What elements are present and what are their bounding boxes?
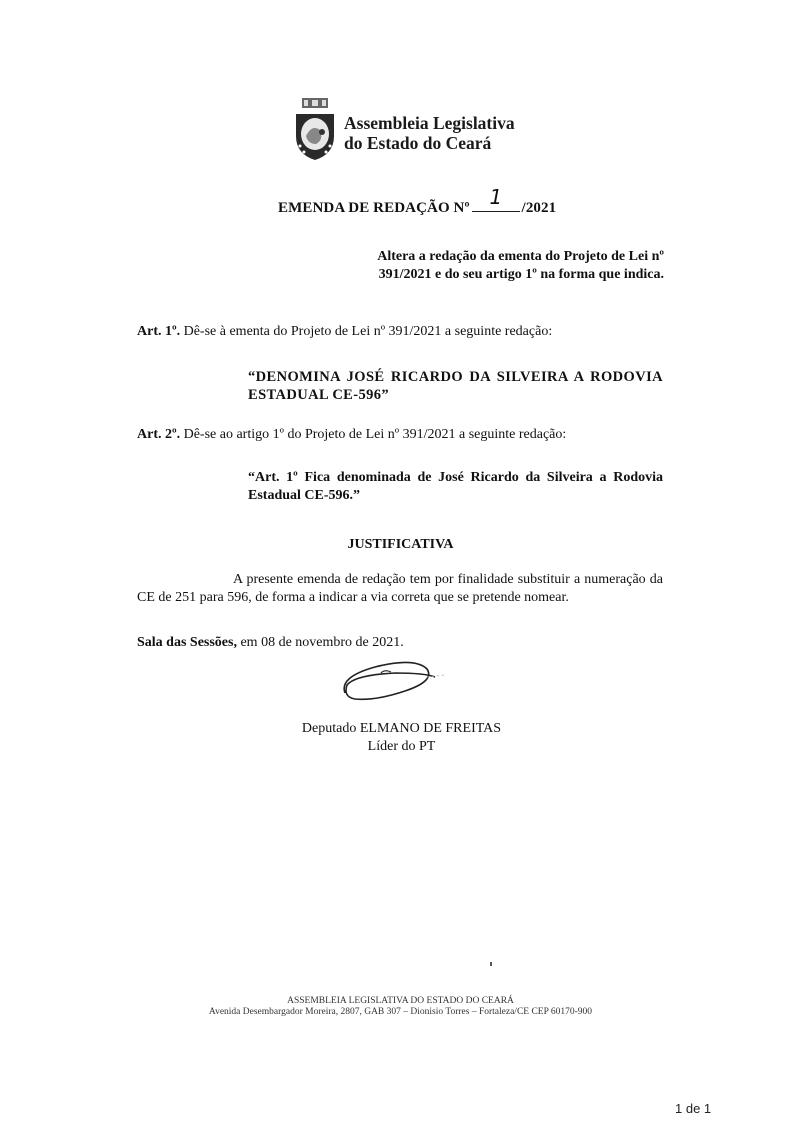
page-indicator: 1 de 1: [675, 1101, 711, 1116]
institution-name-line1: Assembleia Legislativa: [344, 113, 515, 133]
footer-institution: ASSEMBLEIA LEGISLATIVA DO ESTADO DO CEAR…: [8, 996, 793, 1007]
session-date: em 08 de novembro de 2021.: [237, 635, 404, 650]
justification-heading: JUSTIFICATIVA: [0, 537, 793, 553]
document-title: EMENDA DE REDAÇÃO Nº1/2021: [278, 197, 556, 217]
ementa-line1: Altera a redação da ementa do Projeto de…: [374, 248, 664, 266]
article-2-label: Art. 2º.: [137, 427, 180, 442]
title-prefix: EMENDA DE REDAÇÃO Nº: [278, 200, 470, 216]
signer-block: Deputado ELMANO DE FREITAS Líder do PT: [0, 720, 793, 756]
ementa-line2: 391/2021 e do seu artigo 1º na forma que…: [374, 266, 664, 284]
article-1-label: Art. 1º.: [137, 324, 180, 339]
handwritten-signature-icon: [335, 655, 455, 710]
article-2-text: Dê-se ao artigo 1º do Projeto de Lei nº …: [180, 427, 566, 442]
signer-name: Deputado ELMANO DE FREITAS: [10, 720, 793, 738]
amendment-number-handwritten: 1: [490, 185, 503, 209]
amendment-number-field: 1: [472, 197, 520, 212]
title-suffix: /2021: [522, 200, 557, 216]
signer-role: Líder do PT: [10, 738, 793, 756]
session-date-line: Sala das Sessões, em 08 de novembro de 2…: [137, 635, 404, 651]
justification-text: A presente emenda de redação tem por fin…: [137, 571, 663, 607]
article-2: Art. 2º. Dê-se ao artigo 1º do Projeto d…: [137, 426, 566, 444]
state-coat-of-arms-icon: [290, 96, 340, 164]
article-1: Art. 1º. Dê-se à ementa do Projeto de Le…: [137, 323, 552, 341]
ementa-summary: Altera a redação da ementa do Projeto de…: [374, 248, 664, 284]
article-1-quote: “DENOMINA JOSÉ RICARDO DA SILVEIRA A ROD…: [248, 368, 663, 404]
institution-name: Assembleia Legislativa do Estado do Cear…: [344, 113, 515, 153]
institution-name-line2: do Estado do Ceará: [344, 133, 515, 153]
article-2-quote: “Art. 1º Fica denominada de José Ricardo…: [248, 469, 663, 505]
document-footer: ASSEMBLEIA LEGISLATIVA DO ESTADO DO CEAR…: [0, 996, 793, 1018]
footer-address: Avenida Desembargador Moreira, 2807, GAB…: [8, 1007, 793, 1018]
session-place-label: Sala das Sessões,: [137, 635, 237, 650]
scan-artifact: [490, 962, 492, 966]
article-1-text: Dê-se à ementa do Projeto de Lei nº 391/…: [180, 324, 552, 339]
